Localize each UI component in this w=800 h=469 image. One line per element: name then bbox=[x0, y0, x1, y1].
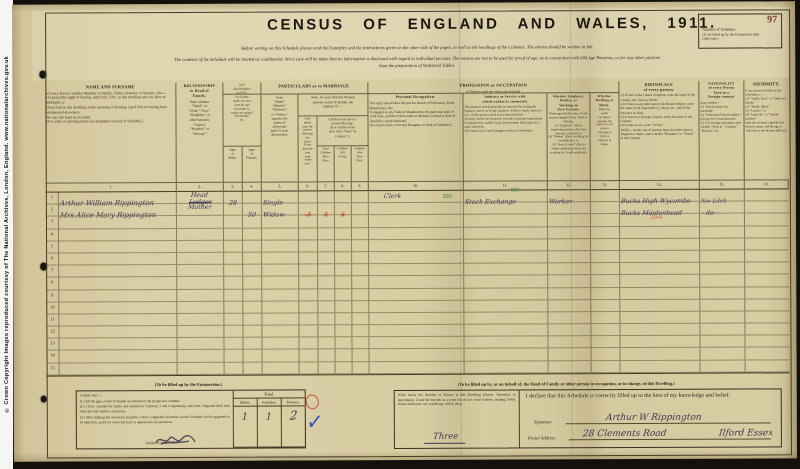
row-number: 12 bbox=[46, 327, 59, 339]
cell-age-male bbox=[224, 301, 243, 313]
cell-age-male bbox=[225, 362, 244, 374]
declaration-text: I declare that this Schedule is correctl… bbox=[526, 392, 775, 399]
cell-infirmity bbox=[745, 299, 789, 311]
cell-at-home bbox=[591, 263, 620, 275]
cell-children-died bbox=[352, 264, 369, 276]
cell-nationality bbox=[700, 250, 745, 262]
signature-row: Signature Arthur W Rippington bbox=[534, 411, 771, 424]
cell-nationality bbox=[700, 299, 745, 311]
cell-employment bbox=[548, 227, 591, 239]
cell-years-married bbox=[299, 216, 318, 228]
row-number: 4 bbox=[46, 229, 59, 241]
column-number: 10. bbox=[369, 182, 464, 191]
cell-children-living bbox=[335, 325, 352, 337]
cell-age-female bbox=[243, 265, 262, 277]
cell-children-died bbox=[353, 362, 370, 374]
header-married-woman-note: State, for each Married Woman entered on… bbox=[298, 94, 368, 116]
cell-age-male bbox=[224, 216, 243, 228]
cell-marriage bbox=[262, 313, 299, 325]
cell-relationship bbox=[177, 338, 224, 350]
cell-birthplace bbox=[620, 336, 700, 349]
header-employment-status: Whether Employer, Worker, or Working on … bbox=[547, 93, 590, 181]
row-number: 13 bbox=[46, 339, 59, 351]
header-ages-males: Ages of Males. bbox=[224, 147, 243, 183]
cell-name bbox=[59, 241, 177, 254]
cell-nationality bbox=[700, 336, 745, 348]
header-ages-females: Ages of Females. bbox=[243, 147, 262, 183]
cell-marriage bbox=[262, 240, 299, 252]
cell-at-home bbox=[592, 348, 621, 360]
cell-infirmity bbox=[745, 287, 789, 299]
cell-birthplace bbox=[620, 312, 700, 325]
address-value-2: Ilford Essex bbox=[719, 428, 775, 438]
cell-occupation bbox=[369, 215, 464, 228]
cell-industry bbox=[464, 251, 548, 264]
cell-marriage bbox=[262, 228, 299, 240]
cell-birthplace bbox=[620, 275, 700, 288]
cell-industry: 499Stock Exchange bbox=[464, 190, 548, 203]
schedule-number-label: Number of Schedule. bbox=[702, 26, 760, 31]
cell-children-living bbox=[336, 362, 353, 374]
cell-children-died bbox=[352, 337, 369, 349]
cell-relationship bbox=[177, 289, 224, 301]
enumerator-initials-signature bbox=[153, 432, 197, 448]
column-number: 8. bbox=[335, 182, 352, 191]
cell-name bbox=[59, 326, 177, 339]
column-number: 12. bbox=[548, 181, 591, 190]
cell-children-born bbox=[318, 313, 335, 325]
cell-relationship bbox=[177, 301, 224, 313]
cell-birthplace bbox=[620, 324, 700, 337]
cell-at-home bbox=[591, 202, 620, 214]
cell-at-home bbox=[591, 324, 620, 336]
cell-children-born bbox=[318, 301, 335, 313]
cell-age-female: 50 bbox=[243, 204, 262, 216]
total-males: 1 bbox=[234, 407, 258, 448]
cell-at-home bbox=[591, 300, 620, 312]
cell-occupation bbox=[370, 349, 465, 362]
totals-table: Total. Males. Females. Persons. 1 1 2 bbox=[234, 390, 305, 447]
cell-marriage bbox=[262, 301, 299, 313]
totals-values: 1 1 2 bbox=[234, 406, 305, 447]
cell-relationship bbox=[177, 265, 224, 277]
cell-employment bbox=[548, 300, 591, 312]
cell-nationality bbox=[700, 324, 745, 336]
cell-children-died bbox=[352, 216, 369, 228]
cell-industry bbox=[464, 312, 548, 325]
cell-age-male bbox=[224, 277, 243, 289]
address-line: 28 Clements RoadIlford Essex bbox=[569, 427, 771, 440]
cell-nationality bbox=[700, 226, 745, 238]
cell-infirmity bbox=[746, 348, 790, 360]
cell-marriage bbox=[262, 216, 299, 228]
cell-nationality bbox=[701, 348, 746, 360]
cell-occupation bbox=[369, 203, 464, 216]
cell-employment bbox=[549, 349, 592, 361]
header-marriage-condition: Write “Single,” “Married,” “Widower,” or… bbox=[261, 94, 298, 182]
address-value: 28 Clements Road bbox=[583, 429, 668, 439]
cell-children-living bbox=[335, 313, 352, 325]
row-number: 7 bbox=[46, 266, 59, 278]
rooms-value: Three bbox=[424, 432, 467, 444]
cell-children-born bbox=[318, 191, 335, 203]
cell-name bbox=[59, 277, 177, 290]
cell-employment bbox=[549, 361, 592, 373]
header-marriage-title: PARTICULARS as to MARRIAGE. bbox=[261, 82, 368, 94]
cell-birthplace bbox=[620, 226, 700, 239]
cell-children-living bbox=[336, 350, 353, 362]
cell-years-married bbox=[299, 289, 318, 301]
cell-industry bbox=[464, 337, 548, 350]
cell-children-born bbox=[318, 289, 335, 301]
cell-children-born bbox=[318, 216, 335, 228]
cell-age-male bbox=[224, 326, 243, 338]
cell-name: Mrs Alice Mary Rippington bbox=[59, 204, 177, 217]
cell-nationality bbox=[700, 214, 745, 226]
header-industry: Industry or Service with which worker is… bbox=[463, 93, 547, 181]
row-number: 9 bbox=[46, 290, 59, 302]
cell-marriage bbox=[263, 362, 300, 374]
cell-birthplace bbox=[620, 263, 700, 276]
cell-industry bbox=[464, 227, 548, 240]
cell-employment bbox=[548, 275, 591, 287]
cell-children-born bbox=[318, 338, 335, 350]
header-children-living: Children still Living. bbox=[335, 146, 352, 182]
cell-birthplace bbox=[621, 348, 701, 361]
cell-marriage bbox=[262, 289, 299, 301]
cell-relationship bbox=[177, 228, 224, 240]
copyright-text: © Crown Copyright Images reproduced cour… bbox=[4, 56, 10, 413]
cell-infirmity bbox=[746, 360, 790, 372]
cell-marriage bbox=[262, 252, 299, 264]
cell-infirmity bbox=[745, 214, 789, 226]
cell-age-female bbox=[243, 216, 262, 228]
cell-occupation bbox=[369, 239, 464, 252]
cell-infirmity bbox=[745, 275, 789, 287]
header-years-married: Com- pleted years the present Marriage h… bbox=[298, 116, 317, 182]
cell-years-married bbox=[299, 313, 318, 325]
cell-children-born: 3 bbox=[318, 203, 335, 215]
cell-employment bbox=[548, 288, 591, 300]
cell-children-living bbox=[335, 301, 352, 313]
column-number: 6. bbox=[299, 182, 318, 191]
cell-name bbox=[60, 350, 178, 363]
cell-children-living: 2 bbox=[335, 203, 352, 215]
cell-relationship: HeadLodger bbox=[177, 192, 224, 204]
cell-birthplace: Bucks High Wycombe bbox=[620, 190, 700, 203]
column-number: 2. bbox=[177, 183, 224, 192]
header-birthplace: BIRTHPLACE of every person.(1) If born i… bbox=[619, 81, 699, 181]
cell-marriage bbox=[263, 350, 300, 362]
cell-age-female bbox=[243, 326, 262, 338]
census-form-paper: CENSUS OF ENGLAND AND WALES, 1911. 97 Nu… bbox=[12, 1, 797, 461]
cell-age-male bbox=[224, 240, 243, 252]
row-number: 6 bbox=[46, 253, 59, 265]
census-table: NAME AND SURNAMEof every Person, whether… bbox=[45, 80, 789, 376]
cell-relationship bbox=[178, 350, 225, 362]
column-number: 16. bbox=[745, 180, 789, 189]
cell-nationality: Nw Lileh bbox=[700, 190, 745, 202]
cell-age-male bbox=[224, 228, 243, 240]
cell-children-died bbox=[352, 191, 369, 203]
cell-years-married bbox=[299, 252, 318, 264]
cell-marriage bbox=[262, 277, 299, 289]
cell-relationship bbox=[178, 362, 225, 374]
cell-birthplace: Bucks Maidenhead bbox=[620, 202, 700, 215]
cell-marriage: Single bbox=[262, 191, 299, 203]
cell-age-male bbox=[224, 314, 243, 326]
column-number: 14. bbox=[620, 181, 700, 190]
signature-line: Arthur W Rippington bbox=[565, 411, 770, 424]
cell-marriage bbox=[262, 326, 299, 338]
cell-at-home bbox=[592, 361, 621, 373]
column-number: 3. bbox=[224, 183, 243, 192]
cell-children-living bbox=[335, 216, 352, 228]
cell-name bbox=[59, 338, 177, 351]
cell-nationality bbox=[700, 287, 745, 299]
cell-children-born bbox=[319, 350, 336, 362]
cell-employment bbox=[548, 324, 591, 336]
cell-employment bbox=[548, 202, 591, 214]
cell-employment: Worker bbox=[548, 190, 591, 202]
cell-industry bbox=[465, 361, 549, 374]
row-number: 1 bbox=[46, 193, 59, 205]
column-number: 7. bbox=[318, 182, 335, 191]
cell-industry bbox=[464, 203, 548, 216]
cell-age-male bbox=[225, 350, 244, 362]
cell-infirmity bbox=[745, 262, 789, 274]
cell-relationship bbox=[177, 253, 224, 265]
cell-years-married bbox=[299, 301, 318, 313]
cell-children-living bbox=[335, 252, 352, 264]
total-females: 1 bbox=[258, 407, 282, 448]
cell-children-died bbox=[352, 289, 369, 301]
cell-occupation bbox=[369, 337, 464, 350]
header-children-died: Children who have Died. bbox=[352, 146, 369, 182]
postal-address-row: Postal Address 28 Clements RoadIlford Es… bbox=[528, 427, 771, 440]
cell-years-married bbox=[299, 338, 318, 350]
cell-industry bbox=[464, 324, 548, 337]
declaration-area: I declare that this Schedule is correctl… bbox=[520, 389, 781, 447]
cell-birthplace bbox=[620, 287, 700, 300]
cell-birthplace bbox=[620, 299, 700, 312]
row-number: 2 bbox=[46, 205, 59, 217]
cell-children-died bbox=[352, 228, 369, 240]
cell-at-home bbox=[591, 288, 620, 300]
cell-birthplace bbox=[620, 238, 700, 251]
cell-infirmity bbox=[745, 202, 789, 214]
total-persons: 2 bbox=[282, 406, 305, 447]
cell-occupation bbox=[369, 300, 464, 313]
enumerator-box: I certify that :— (1.) All the ages on t… bbox=[76, 389, 306, 449]
cell-age-female bbox=[243, 277, 262, 289]
cell-years-married bbox=[299, 325, 318, 337]
enumerator-certification: I certify that :— (1.) All the ages on t… bbox=[77, 391, 234, 449]
row-number: 10 bbox=[46, 302, 59, 314]
cell-years-married bbox=[300, 362, 319, 374]
cell-infirmity bbox=[745, 189, 789, 201]
row-number: 8 bbox=[46, 278, 59, 290]
column-number: 5. bbox=[262, 182, 299, 191]
cell-occupation bbox=[369, 288, 464, 301]
cell-employment bbox=[548, 239, 591, 251]
cell-occupation bbox=[369, 227, 464, 240]
cell-age-male bbox=[224, 265, 243, 277]
header-relationship: RELATIONSHIP to Head of Family.State whe… bbox=[176, 83, 223, 183]
cell-at-home bbox=[591, 312, 620, 324]
row-number: 3 bbox=[46, 217, 59, 229]
column-number: 13. bbox=[591, 181, 620, 190]
schedule-number-sublabel: (To be filled up by the Enumerator after… bbox=[702, 32, 764, 41]
header-age-note: For Infants under one year state the age… bbox=[223, 95, 261, 147]
cell-name bbox=[59, 302, 177, 315]
scanned-census-page: © Crown Copyright Images reproduced cour… bbox=[0, 0, 800, 469]
cell-age-male bbox=[224, 338, 243, 350]
cell-age-female bbox=[243, 192, 262, 204]
cell-children-died bbox=[352, 276, 369, 288]
cell-relationship bbox=[177, 277, 224, 289]
cell-children-living bbox=[335, 240, 352, 252]
schedule-number: 97 bbox=[767, 14, 777, 25]
header-profession-title: PROFESSION or OCCUPATIONof Persons aged … bbox=[368, 81, 619, 94]
cell-industry bbox=[464, 288, 548, 301]
cell-children-born bbox=[318, 228, 335, 240]
cell-name bbox=[59, 314, 177, 327]
cell-at-home bbox=[591, 336, 620, 348]
rooms-box: Write below the Number of Rooms in this … bbox=[395, 390, 520, 448]
cell-name bbox=[59, 265, 177, 278]
header-age-title: AGE (last Birthday) and SEX. bbox=[223, 83, 261, 95]
column-number: 15. bbox=[700, 181, 745, 190]
cell-years-married bbox=[299, 265, 318, 277]
cell-children-died bbox=[352, 301, 369, 313]
cell-infirmity bbox=[745, 336, 789, 348]
cell-children-died bbox=[352, 325, 369, 337]
signature-value: Arthur W Rippington bbox=[605, 413, 702, 423]
cell-occupation bbox=[370, 361, 465, 374]
column-number: 4. bbox=[243, 183, 262, 192]
row-number: 15 bbox=[47, 363, 60, 375]
cell-children-died bbox=[352, 313, 369, 325]
cell-industry bbox=[464, 300, 548, 313]
cell-age-male bbox=[224, 204, 243, 216]
header-children-born: Total Children Born Alive. bbox=[318, 146, 335, 182]
cell-age-male bbox=[224, 253, 243, 265]
cell-infirmity bbox=[745, 323, 789, 335]
header-nationality: NATIONALITY of every Person born in a Fo… bbox=[699, 81, 744, 181]
cell-nationality bbox=[700, 238, 745, 250]
cell-relationship bbox=[177, 314, 224, 326]
cell-name bbox=[59, 216, 177, 229]
cell-age-female bbox=[243, 240, 262, 252]
cell-name bbox=[59, 229, 177, 242]
copyright-strip: © Crown Copyright Images reproduced cour… bbox=[0, 0, 13, 469]
cell-birthplace bbox=[621, 360, 701, 373]
cell-years-married: –5 bbox=[299, 204, 318, 216]
cell-infirmity bbox=[745, 311, 789, 323]
cell-children-living bbox=[335, 191, 352, 203]
cell-children-born bbox=[318, 325, 335, 337]
cell-nationality bbox=[700, 263, 745, 275]
cell-years-married bbox=[299, 277, 318, 289]
cell-occupation bbox=[369, 264, 464, 277]
cell-name bbox=[59, 289, 177, 302]
cell-children-living bbox=[335, 228, 352, 240]
cell-marriage bbox=[262, 338, 299, 350]
cell-children-living bbox=[335, 337, 352, 349]
cell-nationality bbox=[701, 360, 746, 372]
cell-industry bbox=[464, 239, 548, 252]
enumerator-section-heading: (To be filled up by the Enumerator.) bbox=[74, 381, 304, 387]
cell-birthplace bbox=[620, 251, 700, 264]
cell-at-home bbox=[591, 251, 620, 263]
cell-children-died bbox=[353, 350, 370, 362]
cell-at-home bbox=[591, 227, 620, 239]
column-number: 11. bbox=[464, 181, 548, 190]
cell-nationality bbox=[700, 311, 745, 323]
cell-relationship bbox=[177, 216, 224, 228]
cell-name bbox=[59, 253, 177, 266]
cell-marriage: Widow bbox=[262, 204, 299, 216]
cell-name bbox=[60, 363, 178, 376]
cell-occupation bbox=[369, 252, 464, 265]
cell-employment bbox=[548, 312, 591, 324]
header-name: NAME AND SURNAMEof every Person, whether… bbox=[45, 83, 176, 184]
cell-infirmity bbox=[745, 226, 789, 238]
cell-relationship: Mother bbox=[177, 204, 224, 216]
cell-industry bbox=[464, 215, 548, 228]
form-title: CENSUS OF ENGLAND AND WALES, 1911. bbox=[267, 15, 717, 34]
cell-age-female bbox=[244, 362, 263, 374]
cell-employment bbox=[548, 263, 591, 275]
cell-industry bbox=[464, 263, 548, 276]
cell-children-born bbox=[318, 264, 335, 276]
header-at-home: Whether Working at Home.Write the words … bbox=[590, 93, 619, 181]
cell-at-home bbox=[591, 190, 620, 202]
blue-check-mark: ✓ bbox=[306, 408, 324, 436]
cell-employment bbox=[548, 215, 591, 227]
cell-at-home bbox=[591, 214, 620, 226]
cell-children-died bbox=[352, 203, 369, 215]
cell-years-married bbox=[299, 228, 318, 240]
cell-age-female bbox=[243, 228, 262, 240]
cell-nationality: – do – bbox=[700, 202, 745, 214]
cell-age-female bbox=[243, 338, 262, 350]
cell-at-home bbox=[591, 239, 620, 251]
cell-infirmity bbox=[745, 238, 789, 250]
cell-industry bbox=[465, 349, 549, 362]
cell-age-female bbox=[243, 289, 262, 301]
cell-occupation bbox=[369, 313, 464, 326]
cell-age-female bbox=[243, 253, 262, 265]
cell-marriage bbox=[262, 265, 299, 277]
cell-children-born bbox=[319, 362, 336, 374]
row-number: 5 bbox=[46, 241, 59, 253]
cell-occupation bbox=[369, 276, 464, 289]
cell-children-died bbox=[352, 252, 369, 264]
cell-industry bbox=[464, 276, 548, 289]
cell-employment bbox=[548, 251, 591, 263]
cell-children-living bbox=[335, 289, 352, 301]
cell-children-died bbox=[352, 240, 369, 252]
cell-age-female bbox=[244, 350, 263, 362]
cell-children-living bbox=[335, 277, 352, 289]
header-infirmity: INFIRMITY.If any person included in this… bbox=[744, 80, 788, 180]
cell-occupation: Clerk350 bbox=[369, 191, 464, 204]
cell-relationship bbox=[177, 326, 224, 338]
row-number: 11 bbox=[46, 314, 59, 326]
cell-years-married bbox=[299, 240, 318, 252]
